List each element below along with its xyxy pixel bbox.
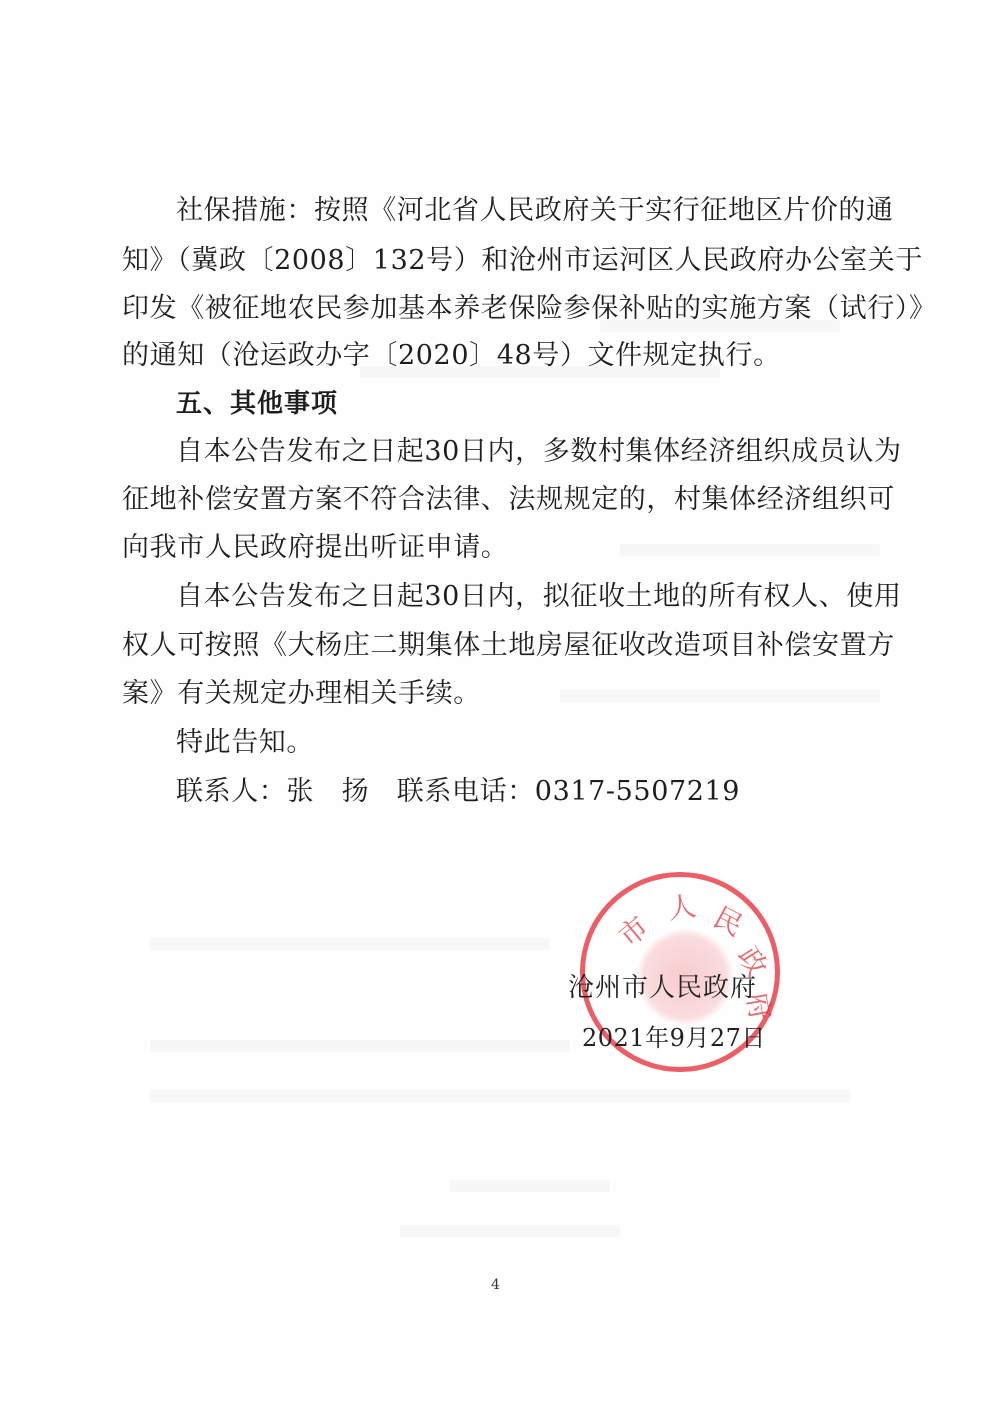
hearing-paragraph-line-2: 征地补偿安置方案不符合法律、法规规定的，村集体经济组织可 (122, 485, 880, 515)
bleed-through-mark (150, 938, 550, 950)
bleed-through-mark (560, 690, 880, 702)
page-number: 4 (491, 1277, 500, 1293)
hearing-paragraph-line-3: 向我市人民政府提出听证申请。 (122, 533, 508, 563)
issuing-authority: 沧州市人民政府 (568, 967, 757, 1004)
contact-info: 联系人：张 扬 联系电话：0317-5507219 (176, 777, 740, 807)
issue-date: 2021年9月27日 (582, 1018, 766, 1053)
procedure-paragraph-line-3: 案》有关规定办理相关手续。 (122, 679, 481, 709)
bleed-through-mark (620, 544, 880, 556)
hearing-paragraph-line-1: 自本公告发布之日起30日内，多数村集体经济组织成员认为 (176, 437, 880, 467)
bleed-through-mark (400, 1225, 620, 1237)
seal-char: 民 (708, 902, 749, 943)
bleed-through-mark (450, 1180, 610, 1192)
social-security-line-4: 的通知（沧运政办字〔2020〕48号）文件规定执行。 (122, 341, 781, 371)
social-security-line-1: 社保措施：按照《河北省人民政府关于实行征地区片价的通 (176, 196, 880, 226)
procedure-paragraph-line-1: 自本公告发布之日起30日内，拟征收土地的所有权人、使用 (176, 582, 880, 612)
social-security-line-3: 印发《被征地农民参加基本养老保险参保补贴的实施方案（试行）》 (122, 294, 880, 324)
bleed-through-mark (150, 1090, 850, 1102)
bleed-through-mark (150, 1040, 570, 1052)
procedure-paragraph-line-2: 权人可按照《大杨庄二期集体土地房屋征收改造项目补偿安置方 (122, 631, 880, 661)
document-page: 社保措施：按照《河北省人民政府关于实行征地区片价的通 知》（冀政〔2008〕13… (0, 0, 999, 1414)
closing-text: 特此告知。 (176, 728, 314, 758)
seal-char: 人 (665, 891, 699, 925)
social-security-line-2: 知》（冀政〔2008〕132号）和沧州市运河区人民政府办公室关于 (122, 246, 880, 276)
section-heading-other-matters: 五、其他事项 (176, 389, 338, 419)
